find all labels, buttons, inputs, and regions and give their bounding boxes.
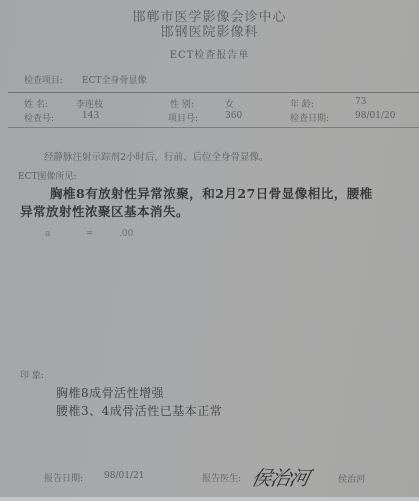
patient-age-value: 73: [355, 97, 366, 107]
findings-line-1: 胸椎8有放射性异常浓聚，和2月27日骨显像相比，腰椎: [50, 184, 373, 202]
doctor-label: 报告医生:: [202, 471, 241, 484]
paper-edge: [0, 497, 419, 501]
residual-mark-a: a: [45, 229, 50, 239]
report-date-value: 98/01/21: [104, 471, 144, 481]
ect-report-document: 邯郸市医学影像会诊中心 邯钢医院影像科 ECT检查报告单 检查项目: ECT全身…: [0, 0, 419, 501]
report-title: ECT检查报告单: [0, 46, 419, 61]
institution-name-line2: 邯钢医院影像科: [0, 21, 419, 40]
item-number-label: 项目号:: [168, 111, 198, 124]
doctor-name: 侯治河: [338, 472, 365, 485]
exam-item-label: 检查项目:: [24, 73, 63, 86]
patient-age-label: 年 龄:: [290, 97, 314, 110]
patient-sex-value: 女: [225, 97, 234, 110]
exam-date-label: 检查日期:: [290, 111, 329, 124]
patient-sex-label: 性 别:: [170, 97, 194, 110]
doctor-signature: 侯治河: [249, 462, 312, 491]
procedure-note: 经静脉注射示踪剂2小时后，行前、后位全身骨显像。: [44, 149, 269, 163]
patient-name-value: 李连枝: [76, 97, 103, 110]
patient-name-label: 姓 名:: [24, 97, 48, 110]
exam-date-value: 98/01/20: [355, 111, 395, 121]
report-date-label: 报告日期:: [44, 471, 83, 484]
exam-number-label: 检查号:: [24, 111, 54, 124]
residual-mark-eq: =: [86, 229, 94, 239]
divider-bottom: [8, 127, 419, 128]
impression-line-2: 腰椎3、4成骨活性已基本正常: [56, 402, 222, 419]
item-number-value: 360: [225, 111, 242, 121]
exam-item-value: ECT全身骨显像: [82, 73, 146, 86]
exam-number-value: 143: [82, 111, 99, 121]
findings-label: ECT图像所见:: [18, 169, 77, 182]
divider-top: [8, 92, 419, 93]
impression-label: 印 象:: [20, 368, 44, 381]
impression-line-1: 胸椎8成骨活性增强: [56, 384, 164, 401]
findings-line-2: 异常放射性浓聚区基本消失。: [20, 202, 189, 220]
residual-mark-value: .00: [119, 229, 133, 239]
